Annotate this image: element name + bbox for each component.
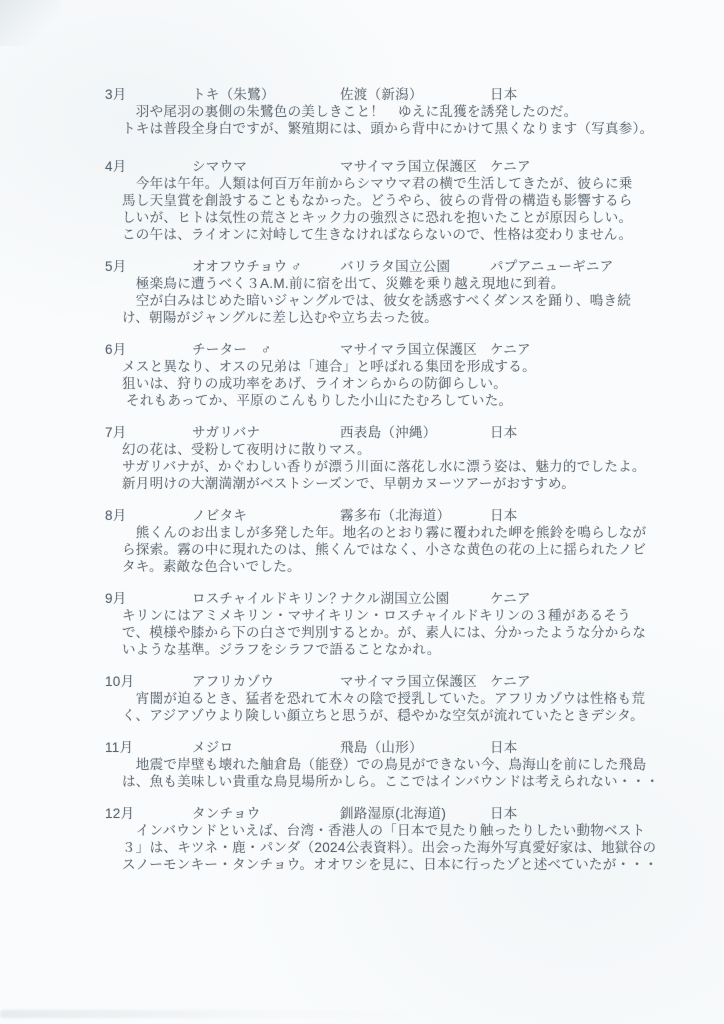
- entry-header: 5月 オオフウチョウ ♂ バリラタ国立公園 パプアニューギニア: [0, 258, 724, 275]
- entry-body: 幻の花は、受粉して夜明けに散りマス。 サガリバナが、かぐわしい香りが漂う川面に落…: [0, 441, 724, 492]
- entry-body-line: タキ。素敵な色合いでした。: [122, 558, 704, 575]
- species-label: メジロ: [192, 739, 340, 756]
- country-label: 日本: [490, 424, 724, 441]
- location-label: ナクル湖国立公園: [340, 590, 490, 607]
- page-corner-shadow: [0, 0, 60, 46]
- entry-body-line: ら探索。霧の中に現れたのは、熊くんではなく、小さな黄色の花の上に揺られたノビ: [122, 541, 704, 558]
- entry-body-line: いような基準。ジラフをシラフで語ることなかれ。: [122, 641, 704, 658]
- species-label: チーター ♂: [192, 341, 340, 358]
- entry-body-line: く、アジアゾウより険しい顔立ちと思うが、穏やかな空気が流れていたときデシタ。: [122, 707, 704, 724]
- month-label: 6月: [105, 341, 192, 358]
- entry-body: 熊くんのお出ましが多発した年。地名のとおり霧に覆われた岬を熊鈴を鳴らしなが ら探…: [0, 524, 724, 575]
- country-label: パプアニューギニア: [490, 258, 724, 275]
- entry-body-line: 極楽鳥に遭うべく３A.M.前に宿を出て、災難を乗り越え現地に到着。: [122, 275, 704, 292]
- calendar-notes-list: 3月 トキ（朱鷺） 佐渡（新潟） 日本 羽や尾羽の裏側の朱鷺色の美しきこと！ ゆ…: [0, 86, 724, 888]
- species-label: シマウマ: [192, 158, 340, 175]
- month-label: 3月: [105, 86, 192, 103]
- entry-header: 8月 ノビタキ 霧多布（北海道） 日本: [0, 507, 724, 524]
- entry-march: 3月 トキ（朱鷺） 佐渡（新潟） 日本 羽や尾羽の裏側の朱鷺色の美しきこと！ ゆ…: [0, 86, 724, 137]
- entry-body-line: インバウンドといえば、台湾・香港人の「日本で見たり触ったりしたい動物ベスト: [122, 822, 704, 839]
- location-label: マサイマラ国立保護区: [340, 158, 490, 175]
- month-label: 11月: [105, 739, 192, 756]
- entry-header: 3月 トキ（朱鷺） 佐渡（新潟） 日本: [0, 86, 724, 103]
- entry-body-line: で、模様や膝から下の白さで判別するとか。が、素人には、分かったような分からな: [122, 624, 704, 641]
- entry-october: 10月 アフリカゾウ マサイマラ国立保護区 ケニア 宵闇が迫るとき、猛者を恐れて…: [0, 673, 724, 724]
- country-label: 日本: [490, 86, 724, 103]
- species-label: ノビタキ: [192, 507, 340, 524]
- entry-body: 極楽鳥に遭うべく３A.M.前に宿を出て、災難を乗り越え現地に到着。 空が白みはじ…: [0, 275, 724, 326]
- entry-body-line: しいが、ヒトは気性の荒さとキック力の強烈さに恐れを抱いたことが原因らしい。: [122, 209, 704, 226]
- entry-body-line: この午は、ライオンに対峙して生きなければならないので、性格は変わりません。: [122, 226, 704, 243]
- entry-body-line: スノーモンキー・タンチョウ。オオワシを見に、日本に行ったゾと述べていたが・・・: [122, 856, 704, 873]
- entry-november: 11月 メジロ 飛島（山形） 日本 地震で岸壁も壊れた舳倉島（能登）での鳥見がで…: [0, 739, 724, 790]
- scanned-page: 3月 トキ（朱鷺） 佐渡（新潟） 日本 羽や尾羽の裏側の朱鷺色の美しきこと！ ゆ…: [0, 0, 724, 1024]
- entry-december: 12月 タンチョウ 釧路湿原(北海道) 日本 インバウンドといえば、台湾・香港人…: [0, 805, 724, 873]
- entry-header: 9月 ロスチャイルドキリン？ ナクル湖国立公園 ケニア: [0, 590, 724, 607]
- country-label: ケニア: [490, 673, 724, 690]
- month-label: 12月: [105, 805, 192, 822]
- entry-body-line: トキは普段全身白ですが、繁殖期には、頭から背中にかけて黒くなります（写真参）。: [122, 120, 704, 137]
- location-label: マサイマラ国立保護区: [340, 341, 490, 358]
- country-label: 日本: [490, 805, 724, 822]
- entry-header: 11月 メジロ 飛島（山形） 日本: [0, 739, 724, 756]
- entry-header: 6月 チーター ♂ マサイマラ国立保護区 ケニア: [0, 341, 724, 358]
- entry-body-line: 熊くんのお出ましが多発した年。地名のとおり霧に覆われた岬を熊鈴を鳴らしなが: [122, 524, 704, 541]
- entry-body-line: 宵闇が迫るとき、猛者を恐れて木々の陰で授乳していた。アフリカゾウは性格も荒: [122, 690, 704, 707]
- country-label: 日本: [490, 739, 724, 756]
- entry-may: 5月 オオフウチョウ ♂ バリラタ国立公園 パプアニューギニア 極楽鳥に遭うべく…: [0, 258, 724, 326]
- entry-body-line: 新月明けの大潮満潮がベストシーズンで、早朝カヌーツアーがおすすめ。: [122, 475, 704, 492]
- species-label: トキ（朱鷺）: [192, 86, 340, 103]
- species-label: サガリバナ: [192, 424, 340, 441]
- entry-body-line: それもあってか、平原のこんもりした小山にたむろしていた。: [122, 392, 704, 409]
- entry-body: 地震で岸壁も壊れた舳倉島（能登）での鳥見ができない今、鳥海山を前にした飛島 は、…: [0, 756, 724, 790]
- entry-header: 10月 アフリカゾウ マサイマラ国立保護区 ケニア: [0, 673, 724, 690]
- entry-body: インバウンドといえば、台湾・香港人の「日本で見たり触ったりしたい動物ベスト ３」…: [0, 822, 724, 873]
- month-label: 9月: [105, 590, 192, 607]
- entry-september: 9月 ロスチャイルドキリン？ ナクル湖国立公園 ケニア キリンにはアミメキリン・…: [0, 590, 724, 658]
- entry-body: 宵闇が迫るとき、猛者を恐れて木々の陰で授乳していた。アフリカゾウは性格も荒 く、…: [0, 690, 724, 724]
- entry-july: 7月 サガリバナ 西表島（沖縄） 日本 幻の花は、受粉して夜明けに散りマス。 サ…: [0, 424, 724, 492]
- entry-body-line: 今年は午年。人類は何百万年前からシマウマ君の横で生活してきたが、彼らに乗: [122, 175, 704, 192]
- entry-body: 羽や尾羽の裏側の朱鷺色の美しきこと！ ゆえに乱獲を誘発したのだ。 トキは普段全身…: [0, 103, 724, 137]
- species-label: オオフウチョウ ♂: [192, 258, 340, 275]
- location-label: 佐渡（新潟）: [340, 86, 490, 103]
- month-label: 5月: [105, 258, 192, 275]
- entry-body-line: ３」は、キツネ・鹿・パンダ（2024公表資料）。出会った海外写真愛好家は、地獄谷…: [122, 839, 704, 856]
- entry-body-line: 空が白みはじめた暗いジャングルでは、彼女を誘惑すべくダンスを踊り、鳴き続: [122, 292, 704, 309]
- location-label: 西表島（沖縄）: [340, 424, 490, 441]
- month-label: 8月: [105, 507, 192, 524]
- month-label: 7月: [105, 424, 192, 441]
- species-label: ロスチャイルドキリン？: [192, 590, 340, 607]
- entry-header: 12月 タンチョウ 釧路湿原(北海道) 日本: [0, 805, 724, 822]
- entry-body: メスと異なり、オスの兄弟は「連合」と呼ばれる集団を形成する。 狙いは、狩りの成功…: [0, 358, 724, 409]
- entry-body-line: メスと異なり、オスの兄弟は「連合」と呼ばれる集団を形成する。: [122, 358, 704, 375]
- species-label: タンチョウ: [192, 805, 340, 822]
- country-label: ケニア: [490, 158, 724, 175]
- location-label: バリラタ国立公園: [340, 258, 490, 275]
- entry-body-line: 地震で岸壁も壊れた舳倉島（能登）での鳥見ができない今、鳥海山を前にした飛島: [122, 756, 704, 773]
- entry-body: 今年は午年。人類は何百万年前からシマウマ君の横で生活してきたが、彼らに乗 馬し天…: [0, 175, 724, 243]
- entry-body-line: サガリバナが、かぐわしい香りが漂う川面に落花し水に漂う姿は、魅力的でしたよ。: [122, 458, 704, 475]
- entry-body-line: 幻の花は、受粉して夜明けに散りマス。: [122, 441, 704, 458]
- entry-april: 4月 シマウマ マサイマラ国立保護区 ケニア 今年は午年。人類は何百万年前からシ…: [0, 158, 724, 243]
- entry-body-line: 羽や尾羽の裏側の朱鷺色の美しきこと！ ゆえに乱獲を誘発したのだ。: [122, 103, 704, 120]
- entry-header: 7月 サガリバナ 西表島（沖縄） 日本: [0, 424, 724, 441]
- page-bottom-shadow: [0, 1010, 420, 1018]
- entry-body-line: キリンにはアミメキリン・マサイキリン・ロスチャイルドキリンの３種があるそう: [122, 607, 704, 624]
- entry-header: 4月 シマウマ マサイマラ国立保護区 ケニア: [0, 158, 724, 175]
- country-label: ケニア: [490, 341, 724, 358]
- location-label: 釧路湿原(北海道): [340, 805, 490, 822]
- entry-body-line: 馬し天皇賞を創設することもなかった。どうやら、彼らの背骨の構造も影響するら: [122, 192, 704, 209]
- country-label: 日本: [490, 507, 724, 524]
- country-label: ケニア: [490, 590, 724, 607]
- species-label: アフリカゾウ: [192, 673, 340, 690]
- month-label: 4月: [105, 158, 192, 175]
- entry-june: 6月 チーター ♂ マサイマラ国立保護区 ケニア メスと異なり、オスの兄弟は「連…: [0, 341, 724, 409]
- entry-august: 8月 ノビタキ 霧多布（北海道） 日本 熊くんのお出ましが多発した年。地名のとお…: [0, 507, 724, 575]
- month-label: 10月: [105, 673, 192, 690]
- location-label: 霧多布（北海道）: [340, 507, 490, 524]
- entry-body-line: 狙いは、狩りの成功率をあげ、ライオンらからの防御らしい。: [122, 375, 704, 392]
- entry-body-line: け、朝陽がジャングルに差し込むや立ち去った彼。: [122, 309, 704, 326]
- entry-body: キリンにはアミメキリン・マサイキリン・ロスチャイルドキリンの３種があるそう で、…: [0, 607, 724, 658]
- location-label: マサイマラ国立保護区: [340, 673, 490, 690]
- entry-body-line: は、魚も美味しい貴重な鳥見場所かしら。ここではインバウンドは考えられない・・・: [122, 773, 704, 790]
- location-label: 飛島（山形）: [340, 739, 490, 756]
